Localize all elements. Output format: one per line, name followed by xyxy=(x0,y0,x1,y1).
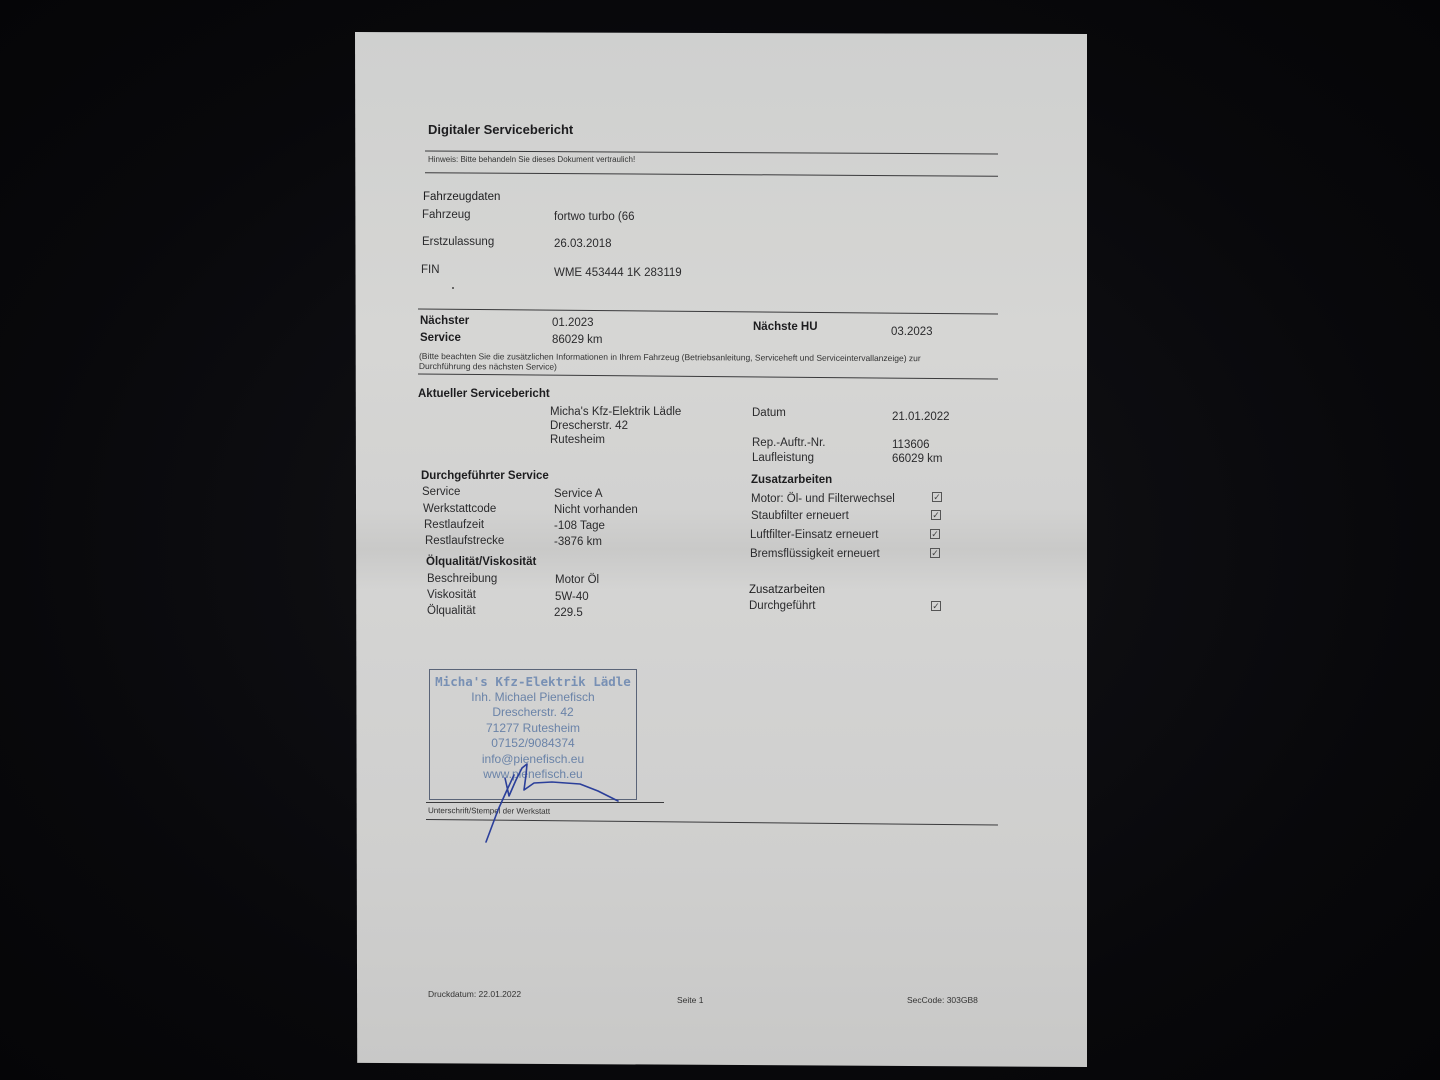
current-report-heading: Aktueller Servicebericht xyxy=(418,388,550,400)
workshop-code-label: Werkstattcode xyxy=(423,503,496,515)
vehicle-value: fortwo turbo (66 xyxy=(554,211,635,223)
print-date: Druckdatum: 22.01.2022 xyxy=(428,989,521,999)
checkbox-checked-icon[interactable]: ✓ xyxy=(932,492,942,502)
next-service-date: 01.2023 xyxy=(552,317,594,329)
stamp-line: www.pienefisch.eu xyxy=(430,767,636,783)
first-registration-label: Erstzulassung xyxy=(422,236,494,248)
oil-description-label: Beschreibung xyxy=(427,573,497,585)
order-number-label: Rep.-Auftr.-Nr. xyxy=(752,437,826,449)
additional-work-heading-2: Zusatzarbeiten xyxy=(749,584,825,596)
additional-work-item: Luftfilter-Einsatz erneuert xyxy=(750,529,878,541)
checkbox-checked-icon[interactable]: ✓ xyxy=(931,510,941,520)
stamp-line: Inh. Michael Pienefisch xyxy=(430,690,636,706)
performed-service-heading: Durchgeführter Service xyxy=(421,470,549,482)
additional-work-heading: Zusatzarbeiten xyxy=(751,474,832,486)
vehicle-heading: Fahrzeugdaten xyxy=(423,191,500,203)
next-hu-label: Nächste HU xyxy=(753,321,818,333)
workshop-name: Micha's Kfz-Elektrik Lädle xyxy=(550,406,681,418)
service-value: Service A xyxy=(554,488,603,500)
remaining-time-label: Restlaufzeit xyxy=(424,519,484,531)
remaining-distance-value: -3876 km xyxy=(554,536,602,548)
first-registration-value: 26.03.2018 xyxy=(554,238,612,250)
additional-work-item: Staubfilter erneuert xyxy=(751,510,849,522)
additional-work-item: Bremsflüssigkeit erneuert xyxy=(750,548,880,560)
stamp-line: info@pienefisch.eu xyxy=(430,752,636,768)
next-service-label-2: Service xyxy=(420,332,461,344)
vehicle-label: Fahrzeug xyxy=(422,209,471,221)
workshop-city: Rutesheim xyxy=(550,434,605,446)
oil-heading: Ölqualität/Viskosität xyxy=(426,556,536,568)
checkbox-checked-icon[interactable]: ✓ xyxy=(930,548,940,558)
document-title: Digitaler Servicebericht xyxy=(428,122,573,137)
next-service-note: (Bitte beachten Sie die zusätzlichen Inf… xyxy=(419,351,921,373)
checkbox-checked-icon[interactable]: ✓ xyxy=(930,529,940,539)
signature-line xyxy=(426,802,664,803)
stamp-line: Drescherstr. 42 xyxy=(430,705,636,721)
remaining-distance-label: Restlaufstrecke xyxy=(425,535,504,547)
page-number: Seite 1 xyxy=(677,995,703,1005)
stamp-line: Micha's Kfz-Elektrik Lädle xyxy=(430,674,636,690)
order-number-value: 113606 xyxy=(892,439,930,451)
workshop-code-value: Nicht vorhanden xyxy=(554,504,638,516)
date-value: 21.01.2022 xyxy=(892,411,950,423)
service-report-photo: Digitaler Servicebericht Hinweis: Bitte … xyxy=(0,0,1440,1080)
stamp-line: 07152/9084374 xyxy=(430,736,636,752)
additional-work-item: Motor: Öl- und Filterwechsel xyxy=(751,493,895,505)
date-label: Datum xyxy=(752,407,786,419)
remaining-time-value: -108 Tage xyxy=(554,520,605,532)
speck xyxy=(452,287,454,289)
oil-description-value: Motor Öl xyxy=(555,574,599,586)
paper-sheet xyxy=(355,32,1087,1067)
signature-label: Unterschrift/Stempel der Werkstatt xyxy=(428,806,550,816)
security-code: SecCode: 303GB8 xyxy=(907,995,978,1005)
next-service-km: 86029 km xyxy=(552,334,603,346)
workshop-street: Drescherstr. 42 xyxy=(550,420,628,432)
workshop-stamp: Micha's Kfz-Elektrik Lädle Inh. Michael … xyxy=(429,669,637,800)
vin-value: WME 453444 1K 283119 xyxy=(554,267,682,279)
oil-quality-label: Ölqualität xyxy=(427,605,476,617)
next-service-label-1: Nächster xyxy=(420,315,469,327)
viscosity-value: 5W-40 xyxy=(555,591,589,603)
performed-label: Durchgeführt xyxy=(749,600,815,612)
mileage-label: Laufleistung xyxy=(752,452,814,464)
vin-label: FIN xyxy=(421,264,440,276)
checkbox-checked-icon[interactable]: ✓ xyxy=(931,601,941,611)
stamp-line: 71277 Rutesheim xyxy=(430,721,636,737)
mileage-value: 66029 km xyxy=(892,453,943,465)
service-label: Service xyxy=(422,486,460,498)
confidential-notice: Hinweis: Bitte behandeln Sie dieses Doku… xyxy=(428,155,635,164)
viscosity-label: Viskosität xyxy=(427,589,476,601)
next-hu-value: 03.2023 xyxy=(891,326,933,338)
oil-quality-value: 229.5 xyxy=(554,607,583,619)
